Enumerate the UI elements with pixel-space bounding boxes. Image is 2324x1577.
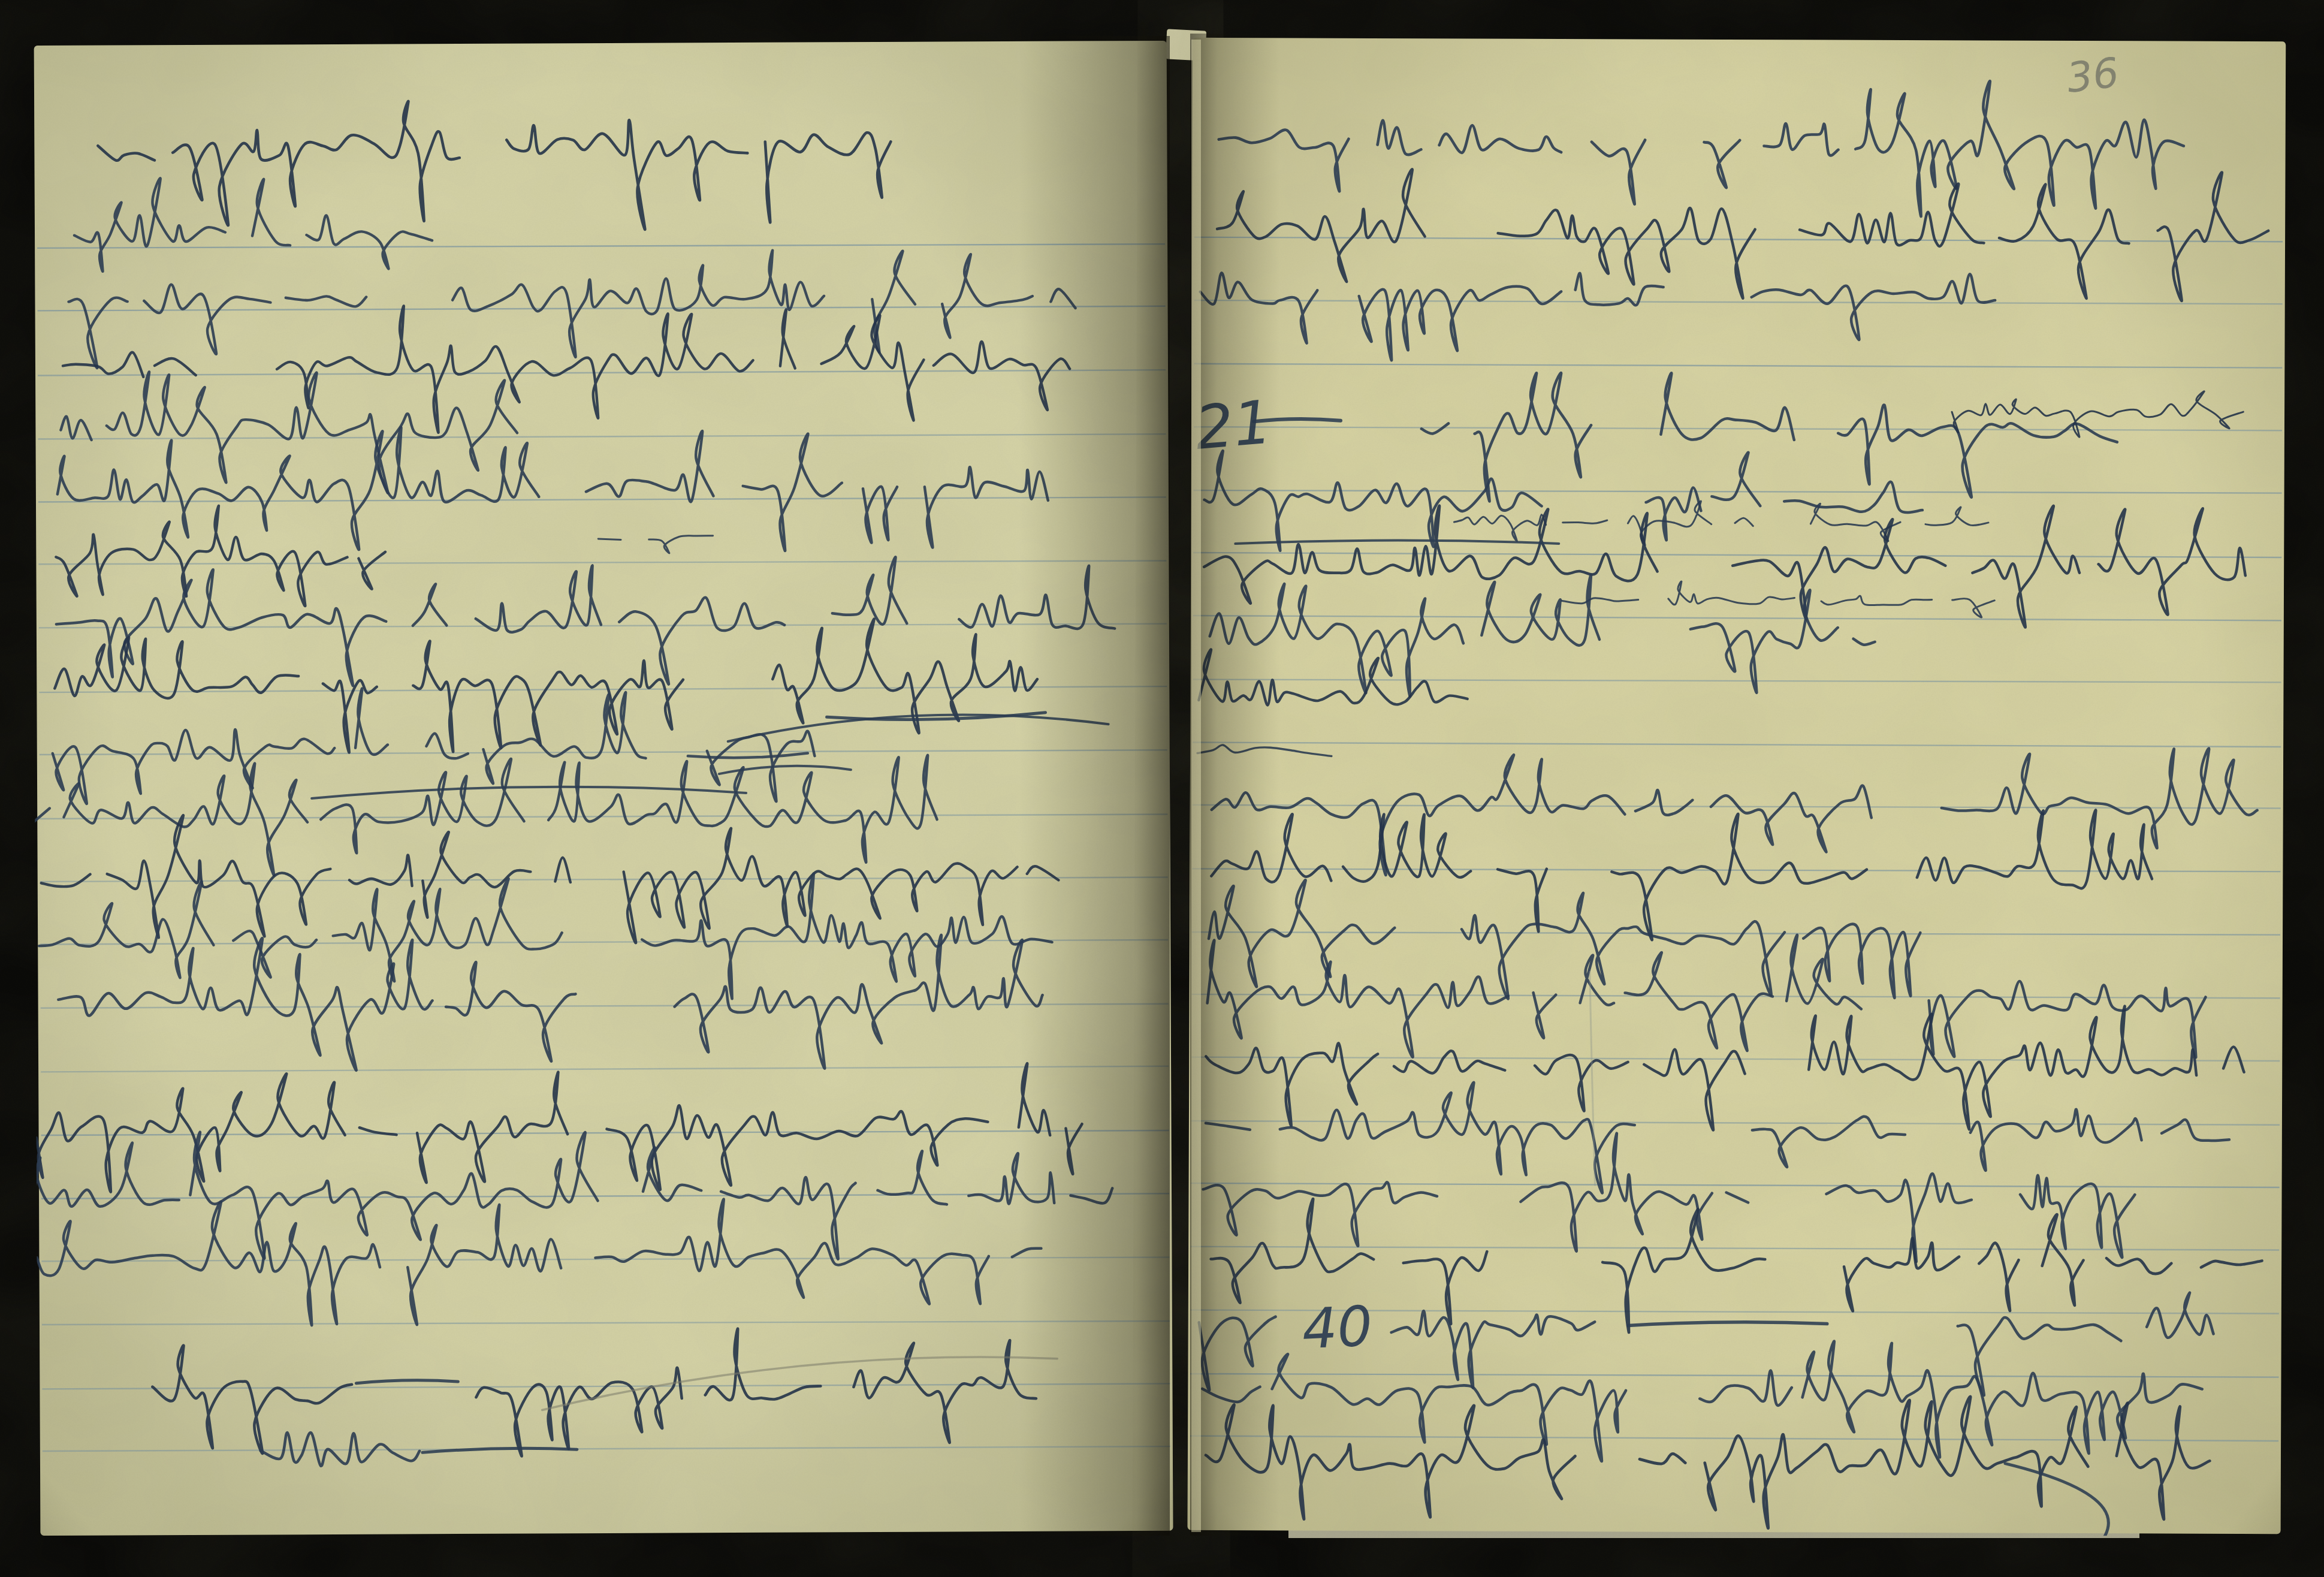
notebook-scan: 214036 bbox=[0, 0, 2324, 1577]
notebook-scan-stage: 214036 bbox=[0, 0, 2324, 1577]
scan-grain-overlay bbox=[36, 38, 2284, 1536]
